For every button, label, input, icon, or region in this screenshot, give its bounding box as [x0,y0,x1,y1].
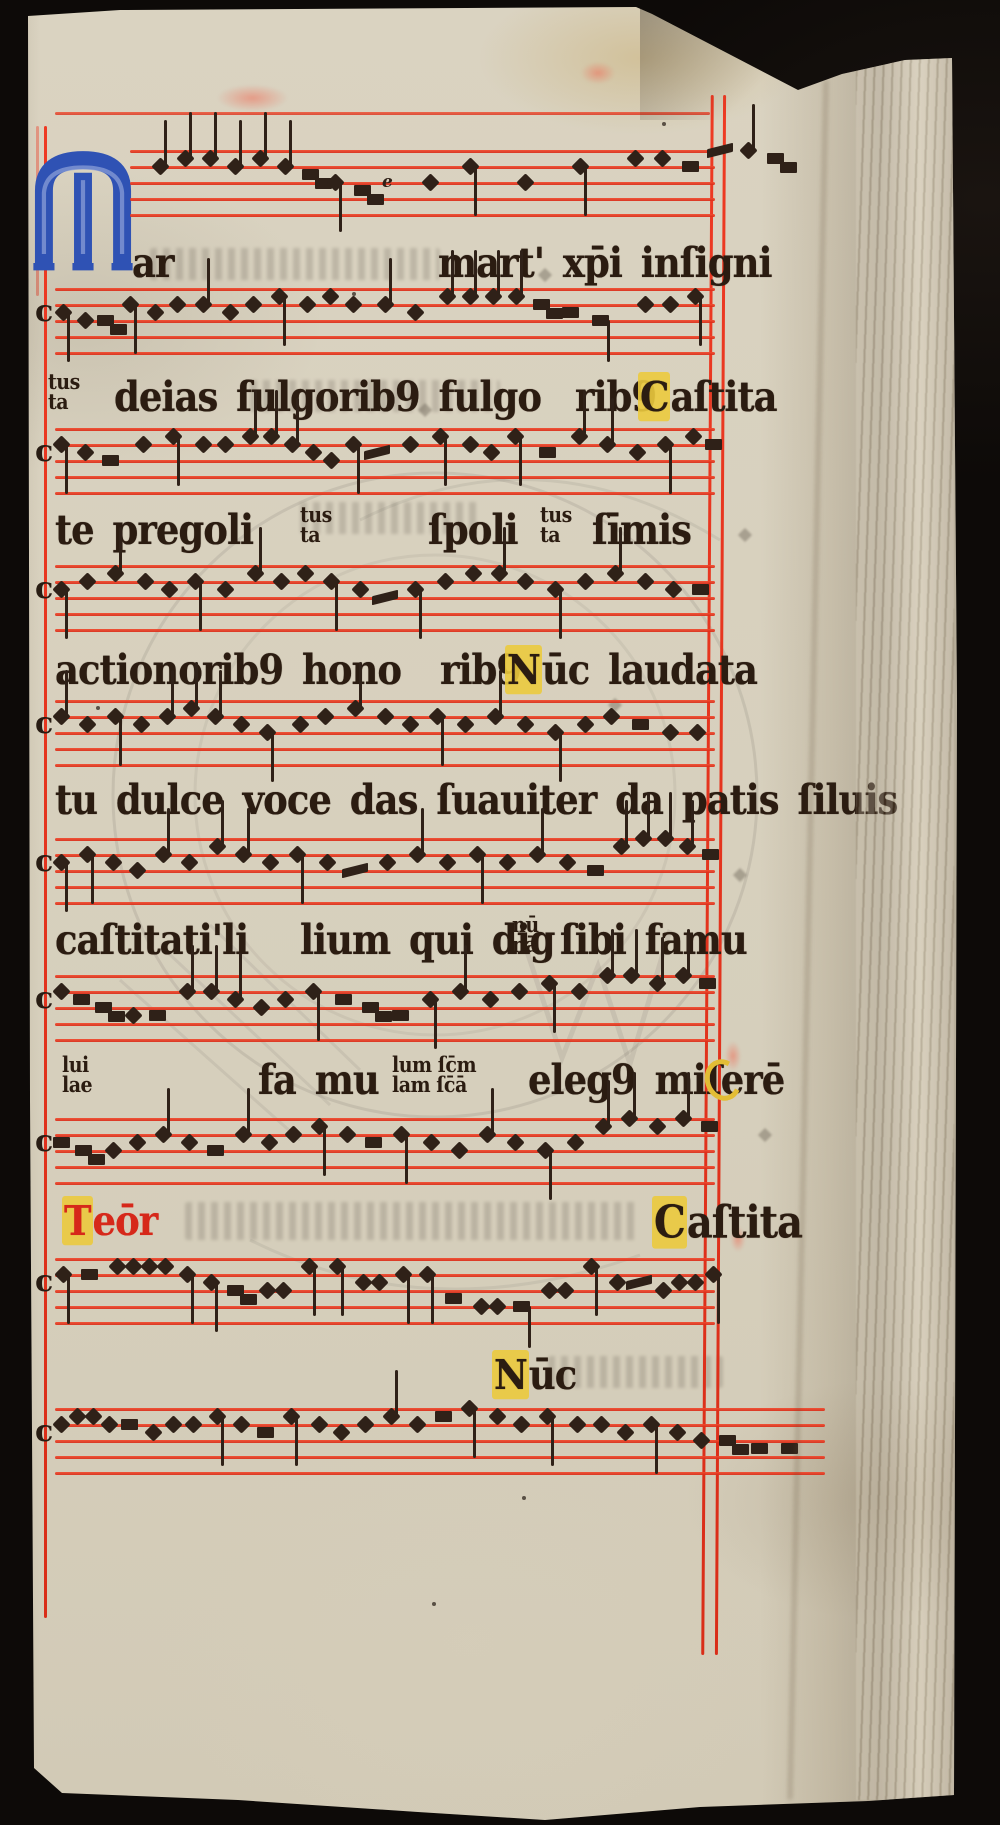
staff-line [55,870,715,873]
neume-stem-down [313,1266,316,1316]
neume-square [751,1443,768,1454]
neume-square [699,978,716,989]
staff-line [55,1258,715,1261]
neume-stem-up [164,120,167,166]
staff-line [55,1166,715,1169]
staff-line [55,1456,825,1459]
neume-punctum [408,1415,426,1433]
neume-square [692,584,709,595]
neume-square [435,1411,452,1422]
staff-3: c [55,428,715,492]
neume-square [207,1145,224,1156]
neume-stem-up [247,808,250,854]
staff-line [55,288,715,291]
staff-line [55,838,715,841]
staff-line [130,214,715,217]
staff-line [130,150,715,153]
lyric-segment: fa mu [258,1055,379,1104]
neume-punctum [100,1415,118,1433]
neume-punctum [636,295,654,313]
lyric-segment: Caſtita [638,372,777,421]
lyric-segment: tu dulce voce das ſuauiter da patis ſilu… [55,775,897,824]
lyric-segment: Caſtita [652,1196,802,1249]
neume-stem-down [419,589,422,639]
staff-line [55,428,715,431]
neume-square [335,994,352,1005]
neume-stem-up [221,800,224,846]
illuminated-initial-M [30,140,136,272]
staff-6: c [55,838,715,902]
neume-punctum [688,723,706,741]
staff-line [130,198,715,201]
neume-punctum [184,1415,202,1433]
neume-stem-up [296,398,299,444]
neume-stem-up [167,1088,170,1134]
neume-punctum [510,982,528,1000]
neume-stem-up [687,929,690,975]
neume-square [149,1010,166,1021]
neume-stem-up [247,1088,250,1134]
neume-stem-down [317,991,320,1041]
neume-square [702,849,719,860]
neume-stem-down [65,444,68,494]
lyric-segment: tusta [540,505,572,545]
neume-punctum [556,1281,574,1299]
neume-stem-up [195,662,198,708]
neume-stem-up [619,527,622,573]
neume-square [632,719,649,730]
neume-stem-up [451,250,454,296]
neume-stem-up [541,808,544,854]
neume-stem-up [259,527,262,573]
neume-square [81,1269,98,1280]
neume-punctum [602,707,620,725]
neume-square [682,161,699,172]
neume-punctum [692,1431,710,1449]
neume-square [365,1137,382,1148]
neume-punctum [168,295,186,313]
neume-punctum [576,572,594,590]
neume-longa [592,315,609,326]
neume-longa-stem [607,320,610,362]
neume-punctum [104,1141,122,1159]
highlighted-initial: C [652,1196,687,1249]
neume-stem-up [254,390,257,436]
neume-stem-down [65,862,68,912]
lyric-segment: tusta [48,372,80,412]
lyric-segment: luilae [62,1055,92,1095]
lyric-stacked-line: ta [540,525,572,545]
staff-line [55,1023,715,1026]
lyric-segment: ſibi famu [560,915,747,964]
neume-stem-down [323,1126,326,1176]
staff-line [55,732,715,735]
highlighted-initial: T [62,1196,93,1245]
neume-punctum [272,572,290,590]
neume-stem-down [221,1416,224,1466]
neume-stem-down [481,854,484,904]
lyric-stacked-line: ta [48,392,80,412]
lyric-text: aſtita [670,372,776,421]
c-clef: c [35,844,53,879]
neume-stem-down [177,436,180,486]
neume-punctum [568,1415,586,1433]
neume-stem-up [635,929,638,975]
neume-stem-up [499,670,502,716]
ink-speck [662,122,666,126]
neume-square [562,307,579,318]
neume-stem-up [191,945,194,991]
neume-stem-down [444,436,447,486]
neume-punctum [356,1415,374,1433]
staff-line [55,991,715,994]
neume-stem-up [611,929,614,975]
neume-punctum [316,707,334,725]
staff-line [55,1039,715,1042]
neume-stem-up [497,250,500,296]
neume-oblique [626,1275,652,1290]
lyric-stacked-line: lam ſc̄ā [392,1075,476,1095]
corner-shadow [640,0,860,120]
neume-punctum [322,451,340,469]
staff-2: c [55,288,715,352]
neume-stem-down [335,581,338,631]
neume-punctum [421,173,439,191]
parchment-page: earmart' xp̄i inſignictustadeias fulgori… [0,0,1000,1825]
neume-stem-up [464,945,467,991]
neume-stem-down [519,436,522,486]
neume-punctum [164,1415,182,1433]
neume-ligature-lo [732,1444,749,1455]
neume-punctum [76,311,94,329]
neume-stem-up [503,527,506,573]
neume-stem-up [207,258,210,304]
neume-punctum [244,295,262,313]
neume-stem-up [215,945,218,991]
neume-punctum [344,295,362,313]
lyric-segment: Teōr [62,1196,157,1245]
staff-line [130,166,715,169]
neume-punctum [252,998,270,1016]
manuscript-photo: earmart' xp̄i inſignictustadeias fulgori… [0,0,1000,1825]
lyric-stacked-line: ta [300,525,332,545]
staff-line [55,1150,715,1153]
show-through-text [150,248,440,280]
neume-punctum [52,982,70,1000]
fore-edge-pages [856,55,954,1800]
neume-punctum [461,435,479,453]
neume-stem-up [395,1370,398,1416]
neume-punctum [136,572,154,590]
lyric-segment: eleg9 miſerē [528,1055,784,1104]
neume-stem-down [199,581,202,631]
neume-punctum [636,572,654,590]
neume-stem-down [407,1274,410,1324]
neume-stem-up [687,1072,690,1118]
neume-stem-up [421,808,424,854]
neume-stem-up [214,112,217,158]
c-clef: c [35,706,53,741]
neume-stem-up [520,250,523,296]
neume-longa [513,1301,530,1312]
neume-stem-up [625,800,628,846]
lyric-text: ūc [529,1350,576,1399]
neume-punctum [661,723,679,741]
staff-1: e [130,150,715,214]
neume-stem-up [661,937,664,983]
neume-stem-down [67,1274,70,1324]
neume-square [121,1419,138,1430]
lyric-segment: nūnā [512,915,539,955]
neume-stem-down [655,1424,658,1474]
neume-stem-up [633,1072,636,1118]
lyric-segment: ſīmis [592,505,691,554]
neume-square [701,1121,718,1132]
lyric-segment: tusta [300,505,332,545]
staff-line [55,1322,715,1325]
neume-stem-down [91,854,94,904]
lyric-text: aſtita [687,1196,802,1249]
neume-longa-stem [528,1306,531,1348]
lyric-segment: Nūc laudata [505,645,757,694]
staff-line [55,700,715,703]
staff-9: c [55,1258,715,1322]
neume-punctum [512,1415,530,1433]
neume-stem-up [275,390,278,436]
lyric-segment: deias fulgorib9 fulgo [114,372,541,421]
neume-punctum [516,173,534,191]
lyric-segment: Nūc [492,1350,576,1399]
neume-stem-down [283,296,286,346]
neume-oblique [364,445,390,460]
staff-line [55,764,715,767]
neume-punctum [488,1297,506,1315]
neume-stem-down [134,304,137,354]
neume-stem-up [359,662,362,708]
highlighted-initial: N [505,645,542,694]
staff-line [55,748,715,751]
staff-line [55,492,715,495]
staff-line [55,613,715,616]
neume-stem-up [647,792,650,838]
neume-square [53,1137,70,1148]
ink-speck [522,1496,526,1500]
neume-stem-down [341,1266,344,1316]
lyric-segment: actionorib9 hono [55,645,401,694]
neume-stem-down [357,444,360,494]
neume-stem-up [389,258,392,304]
staff-8: c [55,1118,715,1182]
neume-punctum [216,435,234,453]
neume-stem-down [717,1274,720,1324]
neume-stem-down [473,1408,476,1458]
staff-line [55,886,715,889]
lyric-segment: lum ſc̄mlam ſc̄ā [392,1055,476,1095]
neume-punctum [338,1125,356,1143]
highlighted-initial: N [492,1350,529,1399]
staff-line [55,629,715,632]
top-ruling-line [55,112,710,115]
staff-5: c [55,700,715,764]
neume-stem-up [264,112,267,158]
neume-square [102,455,119,466]
staff-line [55,460,715,463]
neume-ligature-lo [110,324,127,335]
neume-stem-down [551,1416,554,1466]
faded-red-mark [205,80,300,116]
neume-stem-down [295,1416,298,1466]
neume-punctum [450,1141,468,1159]
neume-ligature-lo [88,1154,105,1165]
neume-stem-down [339,182,342,232]
neume-oblique [342,863,368,878]
neume-stem-up [611,398,614,444]
neume-stem-down [595,1266,598,1316]
neume-stem-up [474,250,477,296]
neume-square [257,1427,274,1438]
neume-stem-down [474,166,477,216]
neume-punctum [194,435,212,453]
lyric-segment: caſtitati'li [55,915,248,964]
neume-punctum [376,707,394,725]
c-clef: c [35,571,53,606]
neume-stem-down [215,1282,218,1332]
neume-stem-down [434,999,437,1049]
show-through-neume [733,868,747,882]
neume-punctum [661,295,679,313]
neume-punctum [401,435,419,453]
neume-stem-down [405,1134,408,1184]
neume-stem-down [191,1274,194,1324]
lyric-text: eōr [93,1196,158,1245]
neume-ligature-lo [240,1294,257,1305]
neume-stem-down [553,983,556,1033]
neume-stem-up [171,670,174,716]
c-clef: c [35,981,53,1016]
neume-punctum [128,861,146,879]
neume-punctum [134,435,152,453]
lyric-segment: mart' xp̄i inſigni [438,238,772,287]
show-through-neume [738,528,752,542]
neume-punctum [570,982,588,1000]
staff-7: c [55,975,715,1039]
neume-square [539,447,556,458]
neume-stem-up [491,1088,494,1134]
neume-punctum [298,295,316,313]
neume-stem-down [301,854,304,904]
neume-punctum [310,1415,328,1433]
neume-stem-down [584,166,587,216]
neume-stem-down [559,589,562,639]
staff-line [55,1472,825,1475]
neume-punctum [52,1415,70,1433]
staff-line [55,476,715,479]
neume-punctum [232,1415,250,1433]
neume-stem-down [549,1150,552,1200]
lyric-stacked-line: lae [62,1075,92,1095]
c-clef: c [35,434,53,469]
staff-10: c [55,1408,825,1472]
neume-stem-up [189,112,192,158]
staff-line [55,902,715,905]
neume-square [587,865,604,876]
neume-stem-down [441,716,444,766]
neume-stem-down [431,1274,434,1324]
neume-punctum [284,1125,302,1143]
neume-ligature-lo [367,194,384,205]
neume-stem-down [67,312,70,362]
lyric-stacked-line: nā [512,935,539,955]
staff-4: c [55,565,715,629]
staff-line [55,352,715,355]
neume-square [445,1293,462,1304]
c-clef: c [35,1264,53,1299]
show-through-text [185,1202,640,1240]
neume-stem-up [669,792,672,838]
neume-punctum [516,572,534,590]
neume-ligature-lo [780,162,797,173]
neume-oblique [372,590,398,605]
lyric-segment: ar [132,238,173,287]
neume-punctum [436,572,454,590]
highlighted-initial: C [638,372,670,421]
neume-ligature-lo [375,1011,392,1022]
neume-square [392,1010,409,1021]
neume-punctum [274,1281,292,1299]
neume-stem-up [289,120,292,166]
neume-square [73,994,90,1005]
staff-line [55,1306,715,1309]
staff-line [55,1118,715,1121]
faded-red-mark [575,58,621,88]
lyric-text: ūc laudata [542,645,757,694]
neume-punctum [78,572,96,590]
neume-stem-down [699,296,702,346]
page-curl-crease [788,80,828,1800]
show-through-neume [758,1128,772,1142]
neume-stem-up [239,953,242,999]
c-clef: c [35,294,53,329]
c-clef: c [35,1124,53,1159]
neume-stem-up [607,1080,610,1126]
c-clef: c [35,1414,53,1449]
staff-line [55,1182,715,1185]
neume-stem-up [119,527,122,573]
neume-punctum [654,1281,672,1299]
neume-ligature-lo [546,308,563,319]
neume-ligature-lo [108,1011,125,1022]
lyric-segment: te pregoli [55,505,253,554]
neume-stem-up [691,800,694,846]
neume-square [705,439,722,450]
custos-mark: e [382,172,393,192]
staff-line [55,336,715,339]
neume-stem-up [167,808,170,854]
neume-punctum [592,1415,610,1433]
neume-stem-up [239,120,242,166]
neume-stem-down [119,716,122,766]
neume-stem-up [583,390,586,436]
neume-stem-up [219,670,222,716]
neume-stem-down [65,589,68,639]
neume-stem-up [65,670,68,716]
ink-speck [432,1602,436,1606]
neume-stem-down [669,444,672,494]
